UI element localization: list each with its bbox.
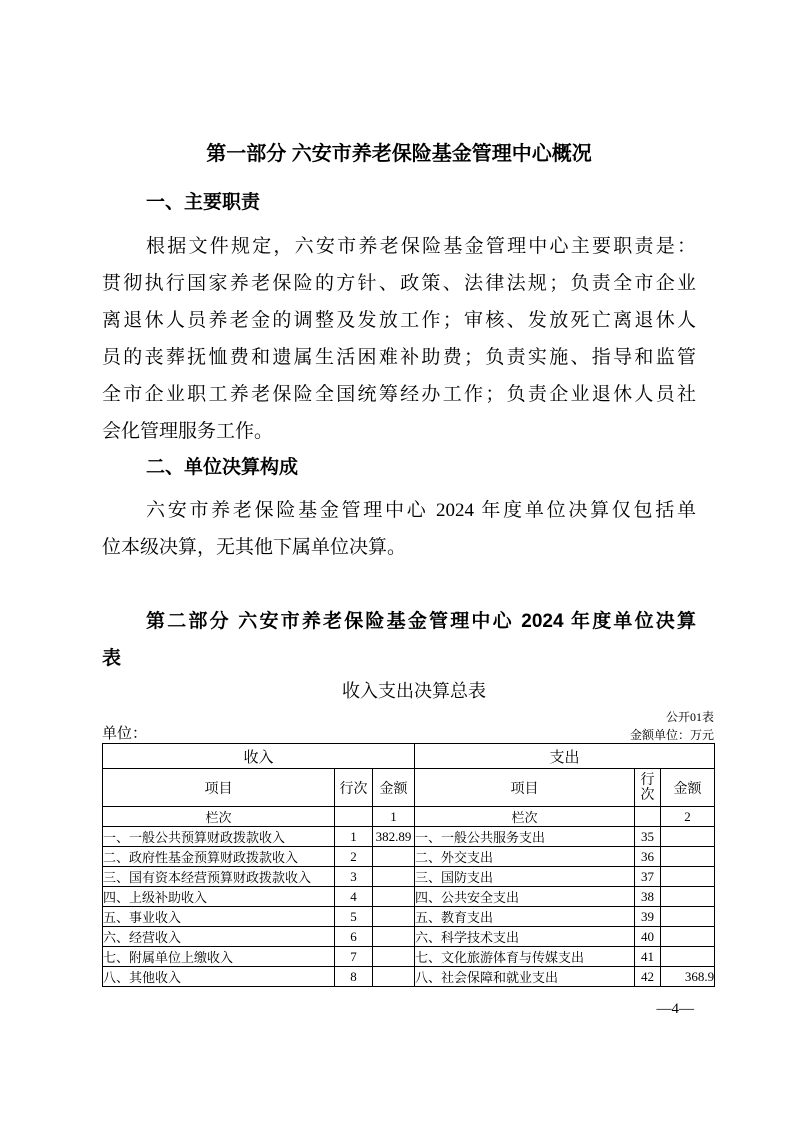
column-index-row: 栏次 1 栏次 2 xyxy=(103,807,715,827)
section2-paragraph: 六安市养老保险基金管理中心 2024 年度单位决算仅包括单 位本级决算，无其他下… xyxy=(102,492,696,566)
income-amount-cell xyxy=(373,967,415,987)
income-line-cell: 7 xyxy=(335,947,373,967)
income-line-cell: 1 xyxy=(335,827,373,847)
expense-amount-cell: 368.9 xyxy=(661,967,715,987)
income-amount-cell xyxy=(373,947,415,967)
expense-line-cell: 39 xyxy=(635,907,661,927)
expense-column-number: 2 xyxy=(661,807,715,827)
income-expense-summary-table: 收入 支出 项目 行次 金额 项目 行次 金额 栏次 1 栏次 2 一、一般公共… xyxy=(102,743,715,987)
income-section-header: 收入 xyxy=(103,744,415,769)
table-row: 二、政府性基金预算财政拨款收入 2 二、外交支出 36 xyxy=(103,847,715,867)
expense-item-cell: 七、文化旅游体育与传媒支出 xyxy=(415,947,635,967)
expense-line-cell: 35 xyxy=(635,827,661,847)
expense-amount-header: 金额 xyxy=(661,769,715,807)
income-item-cell: 六、经营收入 xyxy=(103,927,335,947)
table-row: 三、国有资本经营预算财政拨款收入 3 三、国防支出 37 xyxy=(103,867,715,887)
paragraph-line: 根据文件规定，六安市养老保险基金管理中心主要职责是： xyxy=(102,228,696,265)
table-row: 六、经营收入 6 六、科学技术支出 40 xyxy=(103,927,715,947)
expense-item-cell: 三、国防支出 xyxy=(415,867,635,887)
expense-line-cell: 36 xyxy=(635,847,661,867)
income-item-cell: 八、其他收入 xyxy=(103,967,335,987)
expense-line-cell: 40 xyxy=(635,927,661,947)
section1-heading: 一、主要职责 xyxy=(102,190,714,216)
paragraph-line: 贯彻执行国家养老保险的方针、政策、法律法规；负责全市企业 xyxy=(102,265,696,302)
amount-unit-label: 金额单位：万元 xyxy=(630,728,714,743)
table-meta-row: 单位： 金额单位：万元 xyxy=(102,725,714,743)
table-title: 收入支出决算总表 xyxy=(102,679,696,704)
table-row: 八、其他收入 8 八、社会保障和就业支出 42 368.9 xyxy=(103,967,715,987)
income-item-cell: 五、事业收入 xyxy=(103,907,335,927)
paragraph-line: 全市企业职工养老保险全国统筹经办工作；负责企业退休人员社 xyxy=(102,376,696,413)
expense-item-cell: 六、科学技术支出 xyxy=(415,927,635,947)
table-column-header-row: 项目 行次 金额 项目 行次 金额 xyxy=(103,769,715,807)
income-item-cell: 二、政府性基金预算财政拨款收入 xyxy=(103,847,335,867)
paragraph-line: 位本级决算，无其他下属单位决算。 xyxy=(102,529,696,566)
expense-line-cell: 41 xyxy=(635,947,661,967)
expense-amount-cell xyxy=(661,947,715,967)
income-amount-cell xyxy=(373,887,415,907)
income-line-header: 行次 xyxy=(335,769,373,807)
expense-line-cell: 42 xyxy=(635,967,661,987)
section2-heading: 二、单位决算构成 xyxy=(102,455,714,481)
expense-amount-cell xyxy=(661,907,715,927)
income-item-cell: 四、上级补助收入 xyxy=(103,887,335,907)
income-line-cell: 8 xyxy=(335,967,373,987)
expense-item-header: 项目 xyxy=(415,769,635,807)
section1-paragraph: 根据文件规定，六安市养老保险基金管理中心主要职责是： 贯彻执行国家养老保险的方针… xyxy=(102,228,696,450)
page-number: —4— xyxy=(102,1001,714,1017)
income-item-header: 项目 xyxy=(103,769,335,807)
paragraph-line: 离退休人员养老金的调整及发放工作；审核、发放死亡离退休人 xyxy=(102,302,696,339)
expense-item-cell: 四、公共安全支出 xyxy=(415,887,635,907)
expense-item-cell: 五、教育支出 xyxy=(415,907,635,927)
expense-item-cell: 八、社会保障和就业支出 xyxy=(415,967,635,987)
income-amount-cell xyxy=(373,927,415,947)
expense-item-cell: 一、一般公共服务支出 xyxy=(415,827,635,847)
page-content: 第一部分 六安市养老保险基金管理中心概况 一、主要职责 根据文件规定，六安市养老… xyxy=(102,0,714,1017)
part2-title-line2: 表 xyxy=(102,640,696,677)
income-item-cell: 一、一般公共预算财政拨款收入 xyxy=(103,827,335,847)
income-amount-cell xyxy=(373,867,415,887)
income-line-cell: 6 xyxy=(335,927,373,947)
income-line-cell: 4 xyxy=(335,887,373,907)
part2-title: 第二部分 六安市养老保险基金管理中心 2024 年度单位决算 表 xyxy=(102,603,696,677)
expense-line-cell: 38 xyxy=(635,887,661,907)
table-row: 七、附属单位上缴收入 7 七、文化旅游体育与传媒支出 41 xyxy=(103,947,715,967)
public-table-tag: 公开01表 xyxy=(102,710,714,725)
expense-section-header: 支出 xyxy=(415,744,715,769)
expense-amount-cell xyxy=(661,827,715,847)
expense-line-header: 行次 xyxy=(635,769,661,807)
unit-label: 单位： xyxy=(102,725,147,743)
expense-lanci-label: 栏次 xyxy=(415,807,635,827)
expense-amount-cell xyxy=(661,927,715,947)
expense-line-cell: 37 xyxy=(635,867,661,887)
part1-title: 第一部分 六安市养老保险基金管理中心概况 xyxy=(102,140,696,168)
expense-amount-cell xyxy=(661,847,715,867)
expense-amount-cell xyxy=(661,887,715,907)
paragraph-line: 六安市养老保险基金管理中心 2024 年度单位决算仅包括单 xyxy=(102,492,696,529)
income-column-number: 1 xyxy=(373,807,415,827)
income-amount-cell xyxy=(373,847,415,867)
income-item-cell: 三、国有资本经营预算财政拨款收入 xyxy=(103,867,335,887)
income-line-cell: 2 xyxy=(335,847,373,867)
income-item-cell: 七、附属单位上缴收入 xyxy=(103,947,335,967)
table-row: 四、上级补助收入 4 四、公共安全支出 38 xyxy=(103,887,715,907)
paragraph-line: 会化管理服务工作。 xyxy=(102,413,696,450)
part2-title-line1: 第二部分 六安市养老保险基金管理中心 2024 年度单位决算 xyxy=(102,603,696,640)
income-lanci-label: 栏次 xyxy=(103,807,335,827)
expense-lanci-line-cell xyxy=(635,807,661,827)
income-amount-cell: 382.89 xyxy=(373,827,415,847)
income-lanci-line-cell xyxy=(335,807,373,827)
table-section-header-row: 收入 支出 xyxy=(103,744,715,769)
income-amount-cell xyxy=(373,907,415,927)
paragraph-line: 员的丧葬抚恤费和遗属生活困难补助费；负责实施、指导和监管 xyxy=(102,339,696,376)
expense-amount-cell xyxy=(661,867,715,887)
document-page: 第一部分 六安市养老保险基金管理中心概况 一、主要职责 根据文件规定，六安市养老… xyxy=(0,0,793,1122)
table-row: 一、一般公共预算财政拨款收入 1 382.89 一、一般公共服务支出 35 xyxy=(103,827,715,847)
table-row: 五、事业收入 5 五、教育支出 39 xyxy=(103,907,715,927)
income-line-cell: 3 xyxy=(335,867,373,887)
expense-item-cell: 二、外交支出 xyxy=(415,847,635,867)
income-amount-header: 金额 xyxy=(373,769,415,807)
income-line-cell: 5 xyxy=(335,907,373,927)
